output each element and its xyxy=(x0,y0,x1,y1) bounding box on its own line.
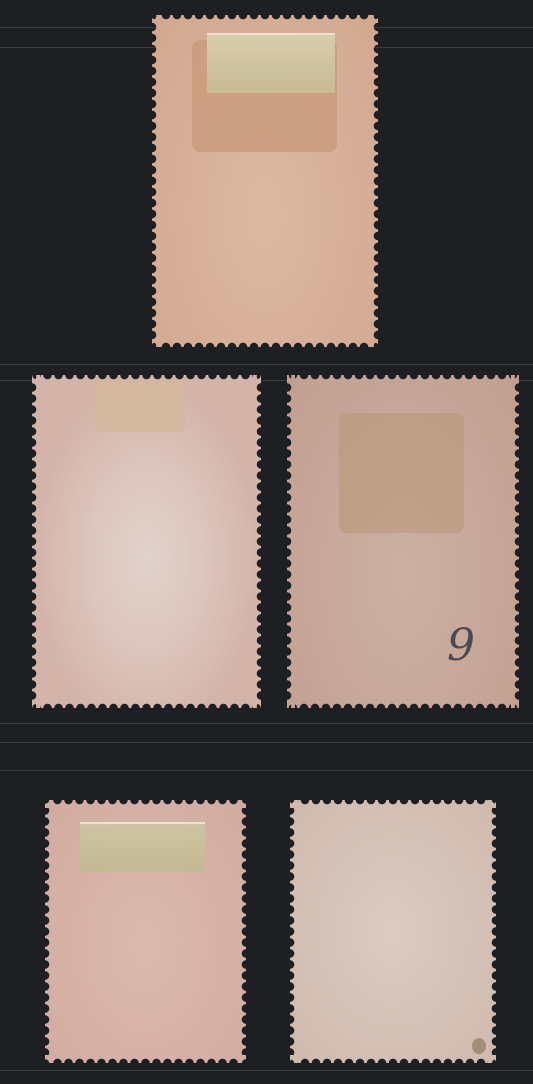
hinge xyxy=(80,822,205,872)
strip-line xyxy=(0,742,533,743)
hinge xyxy=(207,33,335,93)
hinge xyxy=(94,380,186,432)
strip-line xyxy=(0,364,533,365)
pencil-mark: 9 xyxy=(447,620,475,671)
strip-line xyxy=(0,770,533,771)
stamp-3: 9 xyxy=(287,375,519,708)
stain xyxy=(472,1038,486,1054)
stamp-5 xyxy=(290,800,496,1063)
strip-line xyxy=(0,723,533,724)
strip-line xyxy=(0,1070,533,1071)
stamp-paper xyxy=(290,800,496,1063)
hinge xyxy=(339,413,464,533)
stamp-4 xyxy=(45,800,246,1063)
stamp-2 xyxy=(32,375,261,708)
stamp-1 xyxy=(152,15,378,347)
